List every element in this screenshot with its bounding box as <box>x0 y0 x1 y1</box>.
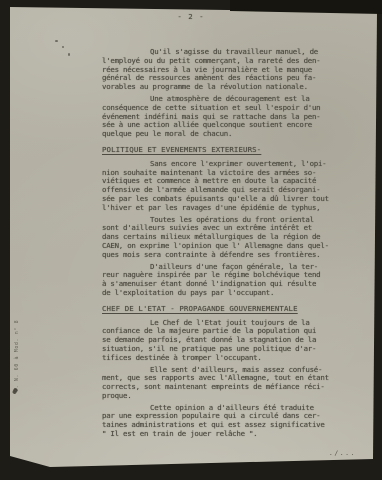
paragraph-travailleur: Qu'il s'agisse du travailleur manuel, de… <box>102 48 372 92</box>
paragraph-atmosphere: Une atmosphère de découragement est la c… <box>102 95 372 139</box>
paper-sheet: - 2 - Qu'il s'agisse du travailleur manu… <box>0 0 382 480</box>
paragraph-terreur: D'ailleurs d'une façon générale, la ter-… <box>102 263 372 298</box>
paragraph-chef-etat: Le Chef de l'Etat jouit toujours de la c… <box>102 319 372 363</box>
page-number: - 2 - <box>0 12 382 21</box>
ink-speck <box>68 53 70 56</box>
paragraph-opinion: Sans encore l'exprimer ouvertement, l'op… <box>102 160 372 213</box>
section-heading-chef-etat: CHEF DE L'ETAT - PROPAGANDE GOUVERNEMENT… <box>102 305 372 314</box>
paragraph-operations: Toutes les opérations du front oriental … <box>102 216 372 260</box>
document-body: Qu'il s'agisse du travailleur manuel, de… <box>102 48 372 442</box>
section-heading-politique: POLITIQUE ET EVENEMENTS EXTERIEURS- <box>102 146 372 155</box>
archival-margin-stamp: 9. N. 60 à Mod. n° 8 <box>14 320 20 392</box>
continuation-mark: ./... <box>329 449 356 457</box>
ink-speck <box>62 46 64 48</box>
paragraph-expression-populaire: Cette opinion a d'ailleurs été traduite … <box>102 404 372 439</box>
ink-speck <box>55 40 58 42</box>
scanned-document-page: - 2 - Qu'il s'agisse du travailleur manu… <box>0 0 382 480</box>
paragraph-rapports: Elle sent d'ailleurs, mais assez confusé… <box>102 366 372 401</box>
